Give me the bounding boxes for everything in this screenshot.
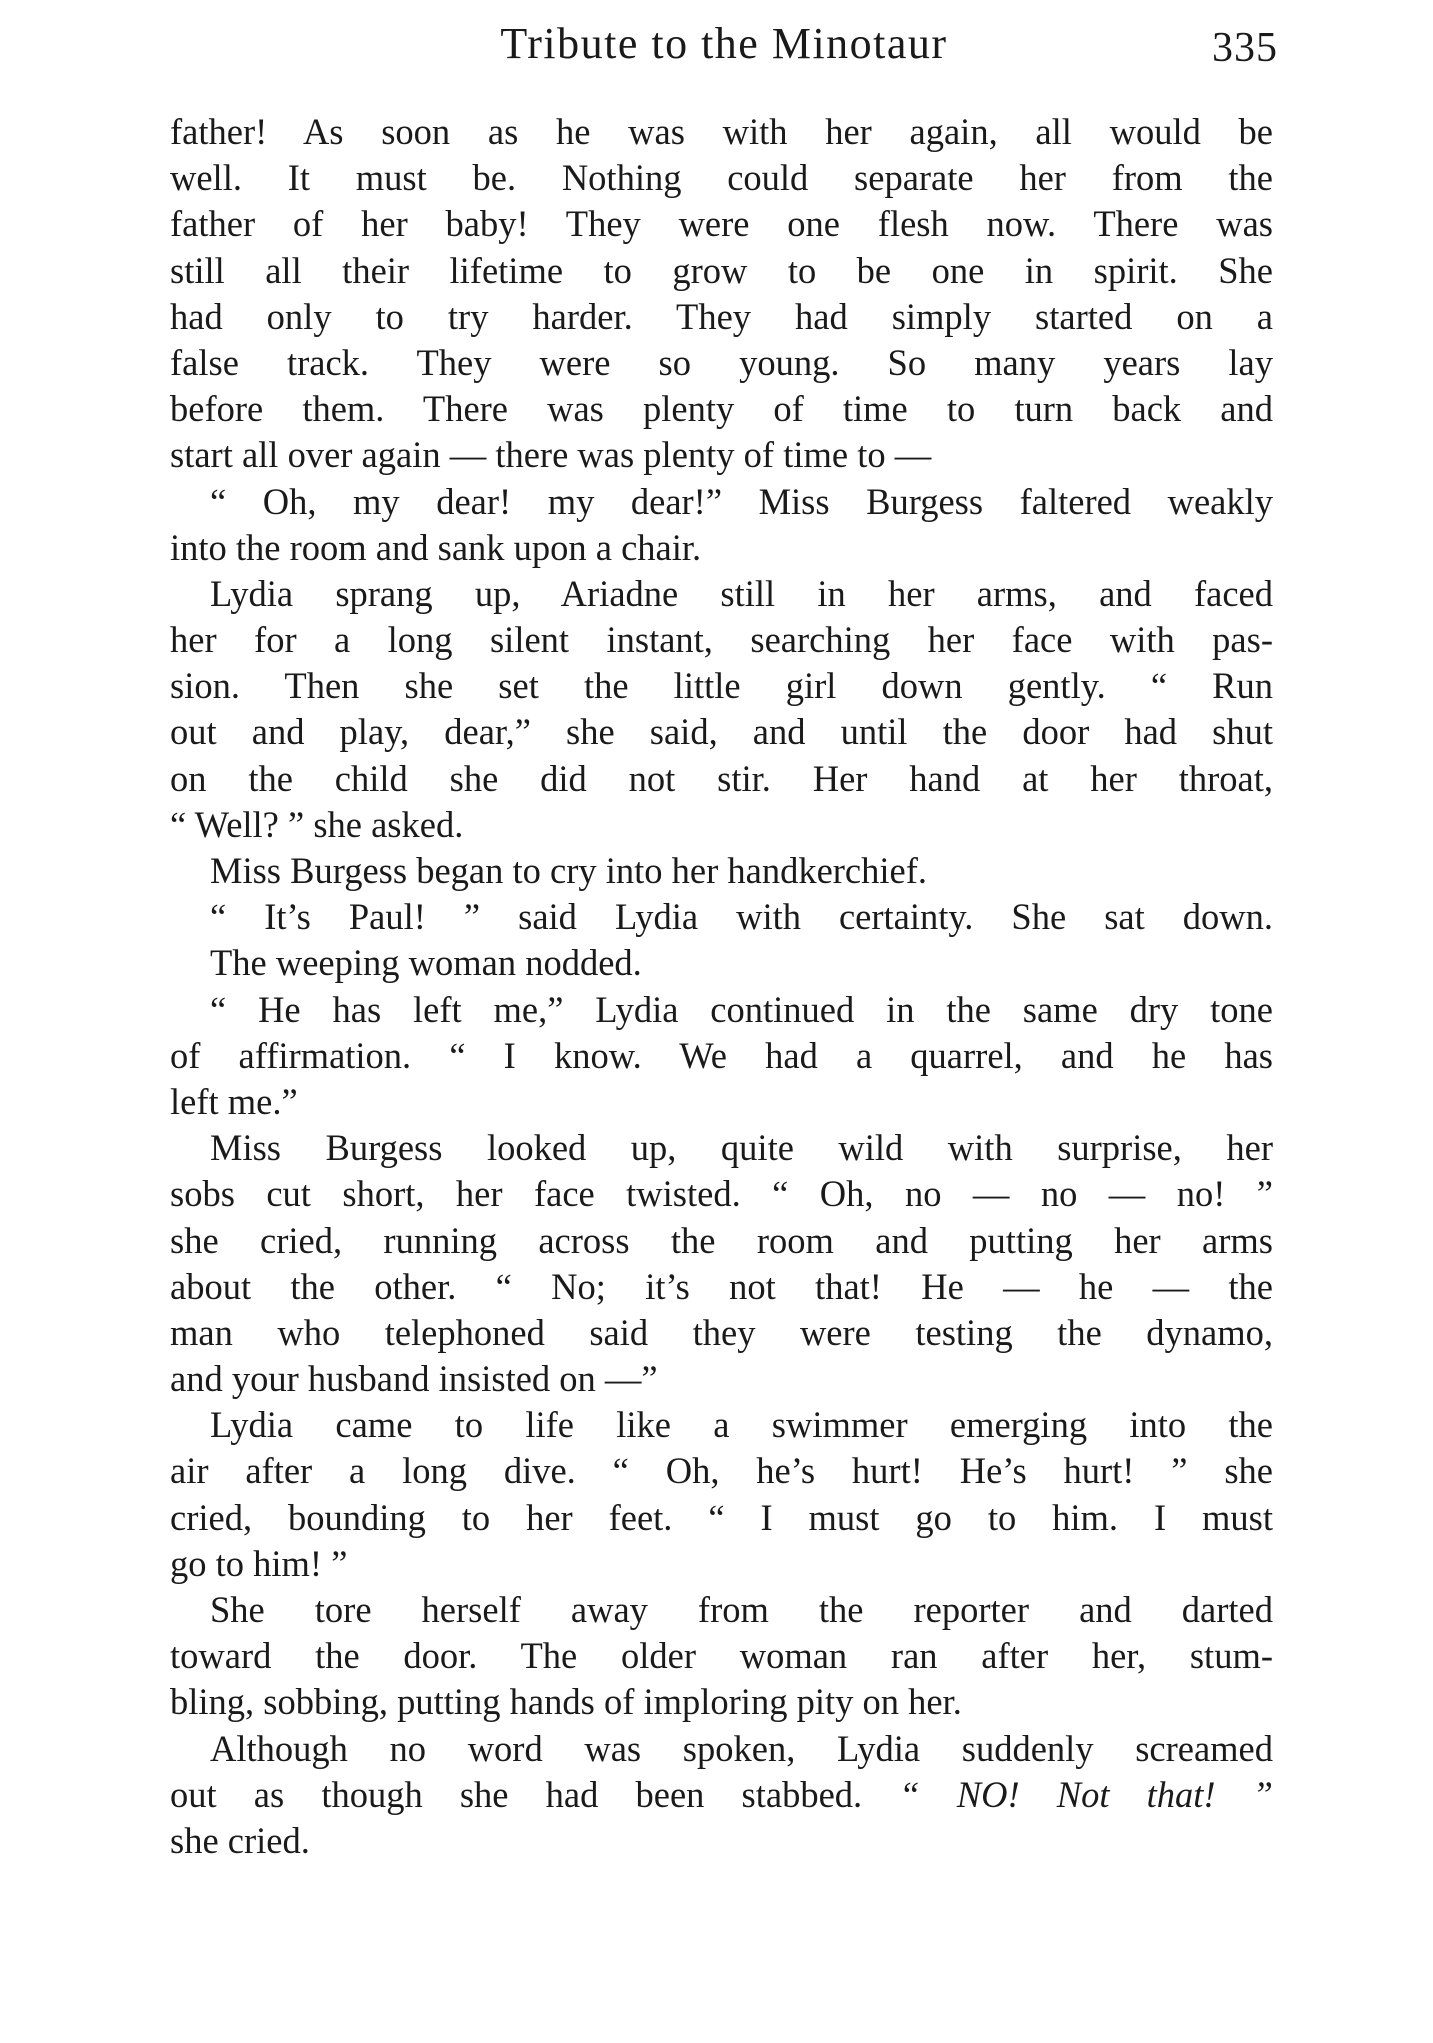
text-line: out as though she had been stabbed. “ NO…	[170, 1772, 1273, 1818]
text-line: on the child she did not stir. Her hand …	[170, 756, 1273, 802]
line-text: about the other. “ No; it’s not that! He…	[170, 1266, 1273, 1307]
line-text: She tore herself away from the reporter …	[210, 1589, 1273, 1630]
line-text: of affirmation. “ I know. We had a quarr…	[170, 1035, 1273, 1076]
text-line: air after a long dive. “ Oh, he’s hurt! …	[170, 1448, 1273, 1494]
text-line: had only to try harder. They had simply …	[170, 294, 1273, 340]
line-text: Miss Burgess began to cry into her handk…	[210, 850, 927, 891]
running-header: Tribute to the Minotaur 335	[170, 14, 1278, 74]
text-line: sion. Then she set the little girl down …	[170, 663, 1273, 709]
line-text: man who telephoned said they were testin…	[170, 1312, 1273, 1353]
line-text: start all over again — there was plenty …	[170, 434, 931, 475]
text-line: well. It must be. Nothing could separate…	[170, 155, 1273, 201]
line-text: father! As soon as he was with her again…	[170, 111, 1273, 152]
line-text: false track. They were so young. So many…	[170, 342, 1273, 383]
line-text: her for a long silent instant, searching…	[170, 619, 1273, 660]
text-line: out and play, dear,” she said, and until…	[170, 709, 1273, 755]
line-text: well. It must be. Nothing could separate…	[170, 157, 1273, 198]
line-text: out as though she had been stabbed.	[170, 1774, 862, 1815]
text-line: she cried, running across the room and p…	[170, 1218, 1273, 1264]
line-text: sobs cut short, her face twisted. “ Oh, …	[170, 1173, 1273, 1214]
line-text: before them. There was plenty of time to…	[170, 388, 1273, 429]
paragraph-start-line: Lydia sprang up, Ariadne still in her ar…	[170, 571, 1273, 617]
line-text: father of her baby! They were one flesh …	[170, 203, 1273, 244]
line-text: she cried.	[170, 1820, 310, 1861]
line-text: sion. Then she set the little girl down …	[170, 665, 1273, 706]
text-line: father of her baby! They were one flesh …	[170, 201, 1273, 247]
text-line: cried, bounding to her feet. “ I must go…	[170, 1495, 1273, 1541]
body-text: father! As soon as he was with her again…	[170, 109, 1273, 1864]
text-line: “ Well? ” she asked.	[170, 802, 1273, 848]
text-line: she cried.	[170, 1818, 1273, 1864]
text-line: sobs cut short, her face twisted. “ Oh, …	[170, 1171, 1273, 1217]
text-line: into the room and sank upon a chair.	[170, 525, 1273, 571]
text-line: bling, sobbing, putting hands of implori…	[170, 1679, 1273, 1725]
text-line: man who telephoned said they were testin…	[170, 1310, 1273, 1356]
text-line: of affirmation. “ I know. We had a quarr…	[170, 1033, 1273, 1079]
italic-emphasis: “ NO! Not that! ”	[899, 1774, 1273, 1815]
paragraph-start-line: “ It’s Paul! ” said Lydia with certainty…	[170, 894, 1273, 940]
line-text: go to him! ”	[170, 1543, 347, 1584]
line-text: toward the door. The older woman ran aft…	[170, 1635, 1273, 1676]
paragraph-start-line: “ Oh, my dear! my dear!” Miss Burgess fa…	[170, 479, 1273, 525]
line-text: she cried, running across the room and p…	[170, 1220, 1273, 1261]
line-text: “ Well? ” she asked.	[170, 804, 463, 845]
line-text: air after a long dive. “ Oh, he’s hurt! …	[170, 1450, 1273, 1491]
paragraph-start-line: “ He has left me,” Lydia continued in th…	[170, 987, 1273, 1033]
text-line: about the other. “ No; it’s not that! He…	[170, 1264, 1273, 1310]
line-text: cried, bounding to her feet. “ I must go…	[170, 1497, 1273, 1538]
line-text: and your husband insisted on —”	[170, 1358, 658, 1399]
line-text: Although no word was spoken, Lydia sudde…	[210, 1728, 1273, 1769]
line-text: “ He has left me,” Lydia continued in th…	[210, 989, 1273, 1030]
text-line: left me.”	[170, 1079, 1273, 1125]
text-line: still all their lifetime to grow to be o…	[170, 248, 1273, 294]
paragraph-start-line: She tore herself away from the reporter …	[170, 1587, 1273, 1633]
line-text: left me.”	[170, 1081, 298, 1122]
line-text: “ It’s Paul! ” said Lydia with certainty…	[210, 896, 1273, 937]
text-line: before them. There was plenty of time to…	[170, 386, 1273, 432]
line-text: Lydia came to life like a swimmer emergi…	[210, 1404, 1273, 1445]
page-number: 335	[1212, 18, 1278, 78]
text-line: her for a long silent instant, searching…	[170, 617, 1273, 663]
text-line: toward the door. The older woman ran aft…	[170, 1633, 1273, 1679]
paragraph-start-line: Lydia came to life like a swimmer emergi…	[170, 1402, 1273, 1448]
line-text: had only to try harder. They had simply …	[170, 296, 1273, 337]
paragraph-start-line: Although no word was spoken, Lydia sudde…	[170, 1726, 1273, 1772]
line-text: out and play, dear,” she said, and until…	[170, 711, 1273, 752]
line-text: “ Oh, my dear! my dear!” Miss Burgess fa…	[210, 481, 1273, 522]
line-text: Lydia sprang up, Ariadne still in her ar…	[210, 573, 1273, 614]
text-line: false track. They were so young. So many…	[170, 340, 1273, 386]
line-text: bling, sobbing, putting hands of implori…	[170, 1681, 962, 1722]
line-text: on the child she did not stir. Her hand …	[170, 758, 1273, 799]
chapter-title: Tribute to the Minotaur	[170, 14, 1278, 74]
line-text: The weeping woman nodded.	[210, 942, 642, 983]
line-text: still all their lifetime to grow to be o…	[170, 250, 1273, 291]
paragraph-start-line: The weeping woman nodded.	[170, 940, 1273, 986]
paragraph-start-line: Miss Burgess began to cry into her handk…	[170, 848, 1273, 894]
paragraph-start-line: Miss Burgess looked up, quite wild with …	[170, 1125, 1273, 1171]
text-line: and your husband insisted on —”	[170, 1356, 1273, 1402]
book-page: Tribute to the Minotaur 335 father! As s…	[0, 0, 1433, 2043]
text-line: start all over again — there was plenty …	[170, 432, 1273, 478]
text-line: go to him! ”	[170, 1541, 1273, 1587]
line-text: into the room and sank upon a chair.	[170, 527, 701, 568]
line-text: Miss Burgess looked up, quite wild with …	[210, 1127, 1273, 1168]
text-line: father! As soon as he was with her again…	[170, 109, 1273, 155]
